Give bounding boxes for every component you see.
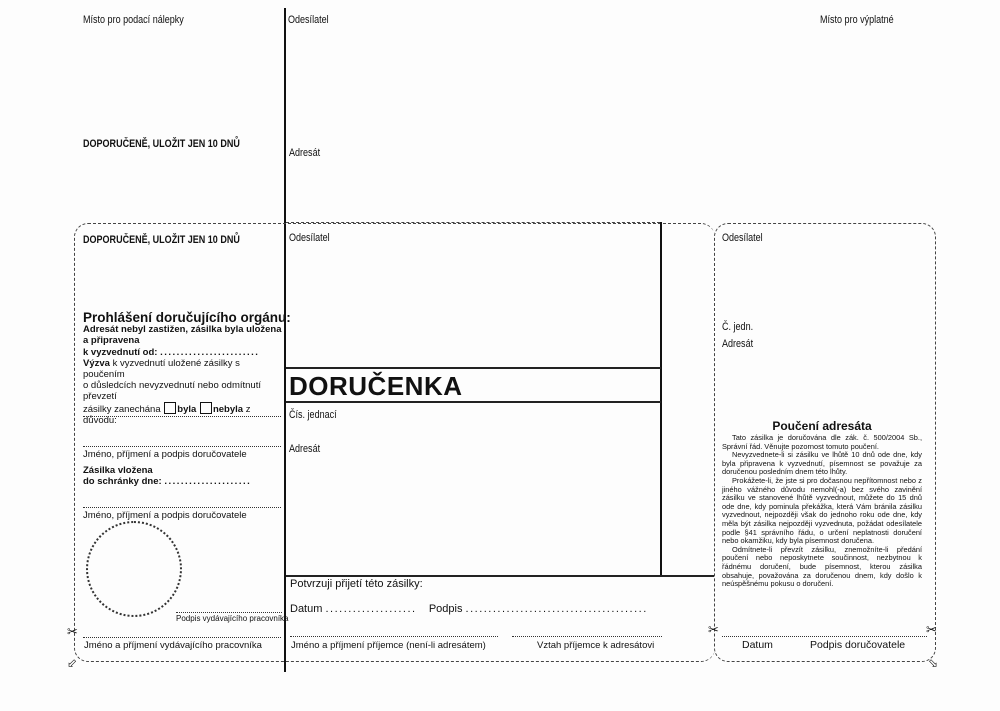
courier-signature-line-2[interactable] [83, 507, 281, 508]
option-was-label: byla [177, 404, 196, 415]
fold-arrow-icon: ⬃ [67, 656, 77, 670]
left-cut-line [83, 637, 281, 638]
option-was-not-label: nebyla [213, 404, 243, 415]
title-top-line [286, 367, 661, 369]
mailbox-label-2: do schránky dne: [83, 476, 162, 487]
scissors-icon: ✂ [926, 623, 937, 636]
checkbox-was-not[interactable] [200, 402, 212, 414]
confirm-top-line [286, 575, 714, 577]
right-date-label: Datum [742, 639, 773, 651]
center-addressee-label: Adresát [289, 443, 320, 455]
notice-text-3-prefix: zásilky zanechána [83, 404, 161, 415]
issuing-signature-label: Podpis vydávajícího pracovníka [176, 614, 289, 623]
not-found-text: Adresát nebyl zastižen, zásilka byla ulo… [83, 324, 283, 346]
right-sender-label: Odesílatel [722, 232, 763, 244]
instruction-paragraph: Tato zásilka je doručována dle zák. č. 5… [722, 434, 922, 451]
right-ref-number-label: Č. jedn. [722, 321, 753, 333]
fold-arrow-icon: ⬂ [928, 656, 938, 670]
mailbox-label-1: Zásilka vložena [83, 465, 153, 476]
issuing-name-label: Jméno a příjmení vydávajícího pracovníka [84, 640, 262, 651]
date-label: Datum [290, 603, 322, 615]
mailbox-date-field[interactable]: ..................... [164, 476, 251, 487]
issuing-signature-line[interactable] [176, 612, 282, 613]
mailbox-date-row: do schránky dne: ..................... [83, 476, 283, 487]
top-registered-label: DOPORUČENĚ, ULOŽIT JEN 10 DNŮ [83, 138, 240, 150]
top-sender-label: Odesílatel [288, 14, 329, 26]
date-field[interactable]: .................... [325, 603, 416, 615]
right-cut-line [722, 636, 927, 637]
pickup-from-label: k vyzvednutí od: [83, 347, 157, 358]
signature-field[interactable]: ........................................ [466, 603, 648, 615]
instructions-title: Poučení adresáta [722, 419, 922, 433]
instruction-paragraph: Nevyzvednete-li si zásilku ve lhůtě 10 d… [722, 451, 922, 477]
scissors-icon: ✂ [67, 625, 78, 638]
recipient-name-label: Jméno a příjmení příjemce (není-li adres… [291, 640, 486, 651]
confirm-label: Potvrzuji přijetí této zásilky: [290, 578, 423, 590]
notice-text-2: o důsledcích nevyzvednutí nebo odmítnutí… [83, 380, 283, 402]
pickup-from-field[interactable]: ........................ [160, 347, 259, 358]
relation-line[interactable] [512, 636, 662, 637]
checkbox-was[interactable] [164, 402, 176, 414]
stamp-circle[interactable] [86, 521, 182, 617]
sticker-area-label: Místo pro podací nálepky [83, 14, 184, 26]
ref-number-label: Čís. jednací [289, 409, 337, 421]
courier-signature-label-2: Jméno, příjmení a podpis doručovatele [83, 510, 247, 521]
instructions-text: Tato zásilka je doručována dle zák. č. 5… [722, 434, 922, 589]
right-addressee-label: Adresát [722, 338, 753, 350]
recipient-name-line[interactable] [290, 636, 498, 637]
postage-area-label: Místo pro výplatné [820, 14, 894, 26]
signature-label: Podpis [429, 603, 463, 615]
reason-field-line[interactable] [83, 416, 281, 417]
date-signature-row: Datum .................... Podpis ......… [290, 603, 648, 615]
courier-signature-line-1[interactable] [83, 446, 281, 447]
declaration-title: Prohlášení doručujícího orgánu: [83, 310, 291, 325]
pickup-from-row: k vyzvednutí od: .......................… [83, 347, 283, 358]
instruction-paragraph: Prokážete-li, že jste si pro dočasnou ne… [722, 477, 922, 546]
courier-signature-label-1: Jméno, příjmení a podpis doručovatele [83, 449, 247, 460]
center-sender-label: Odesílatel [289, 232, 330, 244]
center-right-border [660, 222, 662, 576]
notice-options-row: zásilky zanechána byla nebyla z důvodu: [83, 402, 283, 426]
scissors-icon: ✂ [708, 623, 719, 636]
left-registered-label: DOPORUČENĚ, ULOŽIT JEN 10 DNŮ [83, 234, 240, 246]
courier-signature-label: Podpis doručovatele [810, 639, 905, 651]
form-title: DORUČENKA [289, 371, 463, 402]
title-bottom-line [286, 401, 661, 403]
relation-label: Vztah příjemce k adresátovi [537, 640, 654, 651]
top-perforation-line [286, 222, 660, 223]
top-addressee-label: Adresát [289, 147, 320, 159]
instruction-paragraph: Odmítnete-li převzít zásilku, znemožníte… [722, 546, 922, 589]
